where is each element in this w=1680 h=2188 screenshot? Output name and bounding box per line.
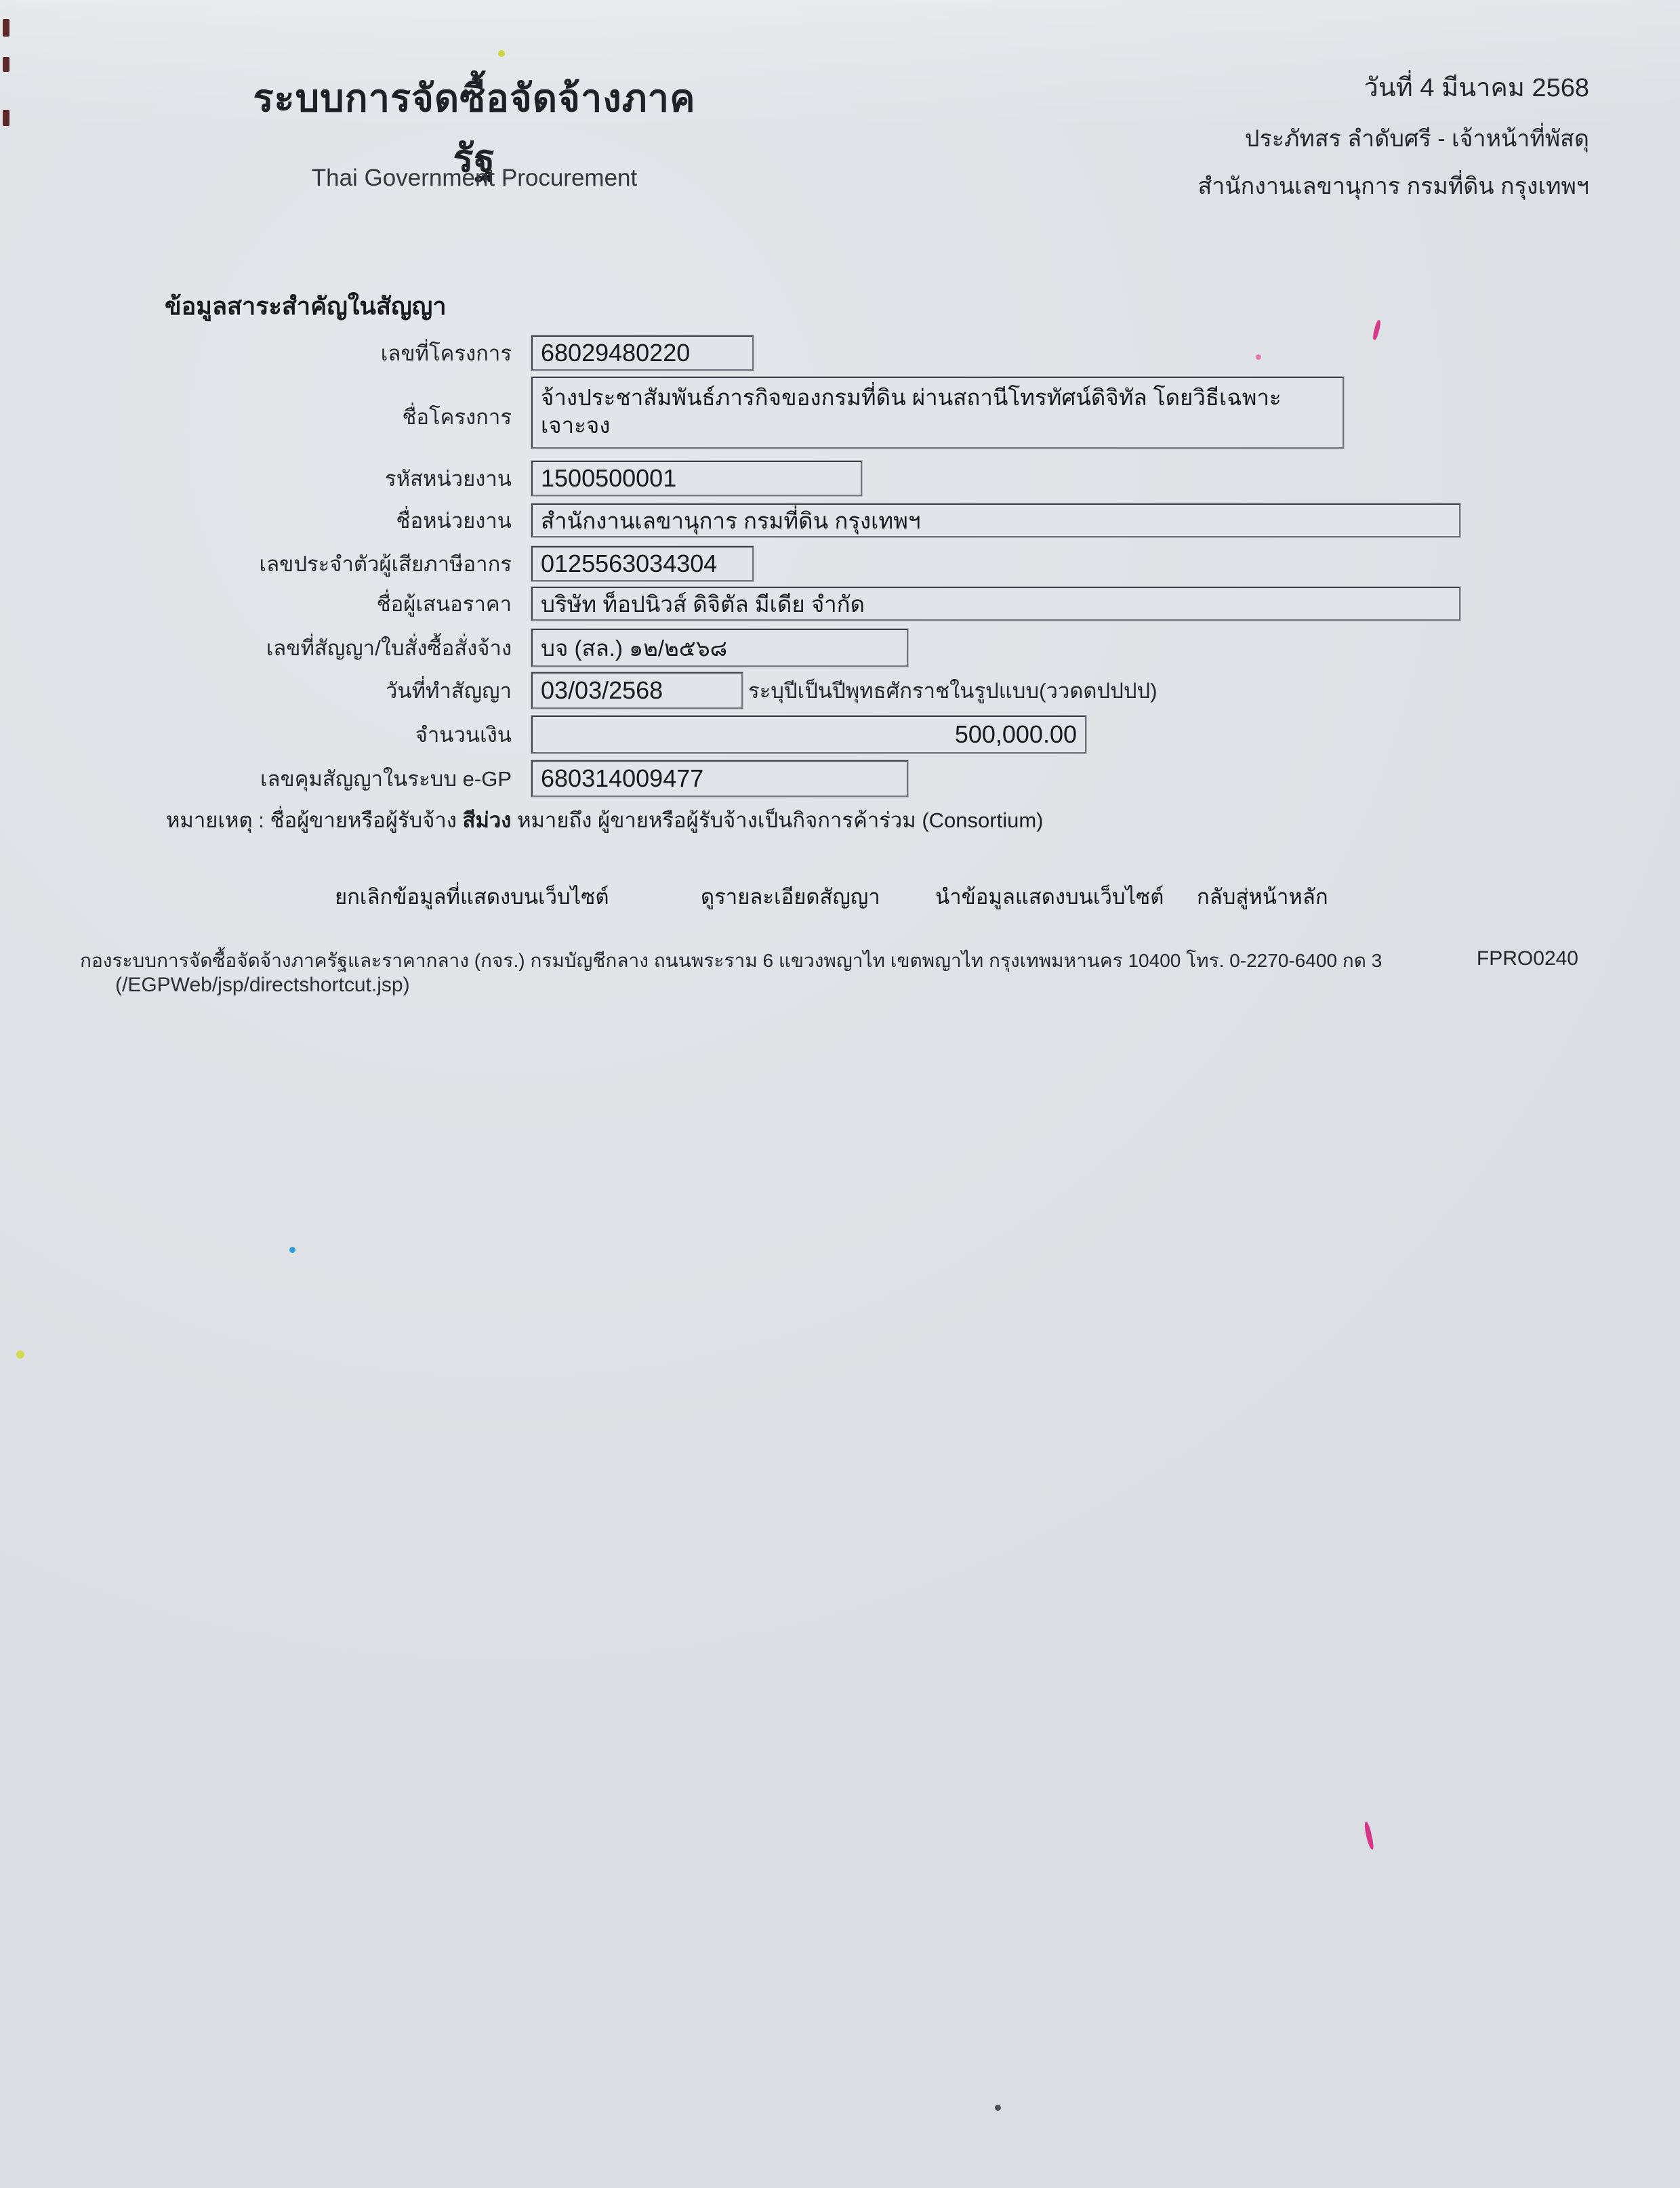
publish-website-data-button[interactable]: นำข้อมูลแสดงบนเว็บไซต์ — [935, 880, 1164, 913]
scanned-procurement-page: ระบบการจัดซื้อจัดจ้างภาครัฐ Thai Governm… — [0, 0, 1680, 2188]
project-name-input[interactable]: จ้างประชาสัมพันธ์ภารกิจของกรมที่ดิน ผ่าน… — [531, 377, 1344, 449]
egp-control-number-input[interactable]: 680314009477 — [531, 760, 908, 797]
egp-control-number-label: เลขคุมสัญญาในระบบ e-GP — [0, 762, 512, 796]
print-date: วันที่ 4 มีนาคม 2568 — [979, 66, 1589, 108]
field-row-contract-number: เลขที่สัญญา/ใบสั่งซื้อสั่งจ้าง บจ (สล.) … — [0, 629, 908, 667]
footer-address-line: กองระบบการจัดซื้อจัดจ้างภาครัฐและราคากลา… — [80, 946, 1408, 976]
yellow-speck — [498, 50, 505, 57]
agency-name-input[interactable]: สำนักงานเลขานุการ กรมที่ดิน กรุงเทพฯ — [531, 503, 1460, 537]
scanner-edge-mark — [3, 19, 9, 37]
taxpayer-id-input[interactable]: 0125563034304 — [531, 546, 754, 581]
project-number-input[interactable]: 68029480220 — [531, 335, 754, 371]
cancel-website-data-button[interactable]: ยกเลิกข้อมูลที่แสดงบนเว็บไซต์ — [335, 880, 609, 913]
page-title-english: Thai Government Procurement — [244, 165, 705, 192]
scanner-edge-mark — [3, 110, 9, 126]
view-contract-detail-button[interactable]: ดูรายละเอียดสัญญา — [701, 880, 880, 913]
agency-code-label: รหัสหน่วยงาน — [0, 461, 512, 495]
amount-input[interactable]: 500,000.00 — [531, 716, 1086, 754]
field-row-agency-name: ชื่อหน่วยงาน สำนักงานเลขานุการ กรมที่ดิน… — [0, 503, 1460, 537]
field-row-bidder-name: ชื่อผู้เสนอราคา บริษัท ท็อปนิวส์ ดิจิตัล… — [0, 587, 1460, 621]
contract-number-label: เลขที่สัญญา/ใบสั่งซื้อสั่งจ้าง — [0, 631, 512, 665]
user-name-role: ประภัทสร ลำดับศรี - เจ้าหน้าที่พัสดุ — [979, 120, 1589, 157]
scanner-edge-mark — [3, 57, 9, 72]
field-row-egp-control-number: เลขคุมสัญญาในระบบ e-GP 680314009477 — [0, 760, 908, 797]
contract-date-format-hint: ระบุปีเป็นปีพุทธศักราชในรูปแบบ(ววดดปปปป) — [748, 674, 1157, 707]
agency-name-label: ชื่อหน่วยงาน — [0, 503, 512, 537]
field-row-amount: จำนวนเงิน 500,000.00 — [0, 716, 1086, 754]
dark-speck — [995, 2105, 1001, 2111]
pink-ink-mark — [1372, 320, 1381, 341]
field-row-project-number: เลขที่โครงการ 68029480220 — [0, 335, 754, 371]
amount-label: จำนวนเงิน — [0, 718, 512, 751]
contract-number-input[interactable]: บจ (สล.) ๑๒/๒๕๖๘ — [531, 629, 908, 667]
project-name-label: ชื่อโครงการ — [0, 400, 512, 434]
pink-ink-curl — [1364, 1821, 1375, 1851]
project-number-label: เลขที่โครงการ — [0, 336, 512, 370]
field-row-agency-code: รหัสหน่วยงาน 1500500001 — [0, 461, 862, 496]
consortium-note: หมายเหตุ : ชื่อผู้ขายหรือผู้รับจ้าง สีม่… — [166, 803, 1454, 837]
back-to-home-button[interactable]: กลับสู่หน้าหลัก — [1197, 880, 1328, 913]
contract-date-label: วันที่ทำสัญญา — [0, 674, 512, 707]
contract-date-input[interactable]: 03/03/2568 — [531, 672, 743, 709]
taxpayer-id-label: เลขประจำตัวผู้เสียภาษีอากร — [0, 547, 512, 581]
agency-code-input[interactable]: 1500500001 — [531, 461, 862, 496]
form-code: FPRO0240 — [1477, 947, 1578, 970]
footer-url-path: (/EGPWeb/jsp/directshortcut.jsp) — [115, 974, 410, 997]
user-org: สำนักงานเลขานุการ กรมที่ดิน กรุงเทพฯ — [979, 167, 1589, 204]
section-title-contract-summary: ข้อมูลสาระสำคัญในสัญญา — [165, 287, 447, 325]
field-row-project-name: ชื่อโครงการ จ้างประชาสัมพันธ์ภารกิจของกร… — [0, 377, 1344, 449]
note-purple-word: สีม่วง — [463, 808, 512, 832]
field-row-taxpayer-id: เลขประจำตัวผู้เสียภาษีอากร 0125563034304 — [0, 546, 754, 581]
note-suffix: หมายถึง ผู้ขายหรือผู้รับจ้างเป็นกิจการค้… — [511, 808, 1043, 832]
cyan-speck — [289, 1247, 295, 1253]
note-prefix: หมายเหตุ : ชื่อผู้ขายหรือผู้รับจ้าง — [166, 808, 463, 832]
yellow-speck — [16, 1350, 24, 1359]
pink-speck — [1256, 354, 1261, 360]
bidder-name-input[interactable]: บริษัท ท็อปนิวส์ ดิจิตัล มีเดีย จำกัด — [531, 587, 1460, 621]
header-right-block: วันที่ 4 มีนาคม 2568 ประภัทสร ลำดับศรี -… — [979, 66, 1589, 204]
field-row-contract-date: วันที่ทำสัญญา 03/03/2568 ระบุปีเป็นปีพุท… — [0, 672, 1157, 709]
bidder-name-label: ชื่อผู้เสนอราคา — [0, 587, 512, 621]
